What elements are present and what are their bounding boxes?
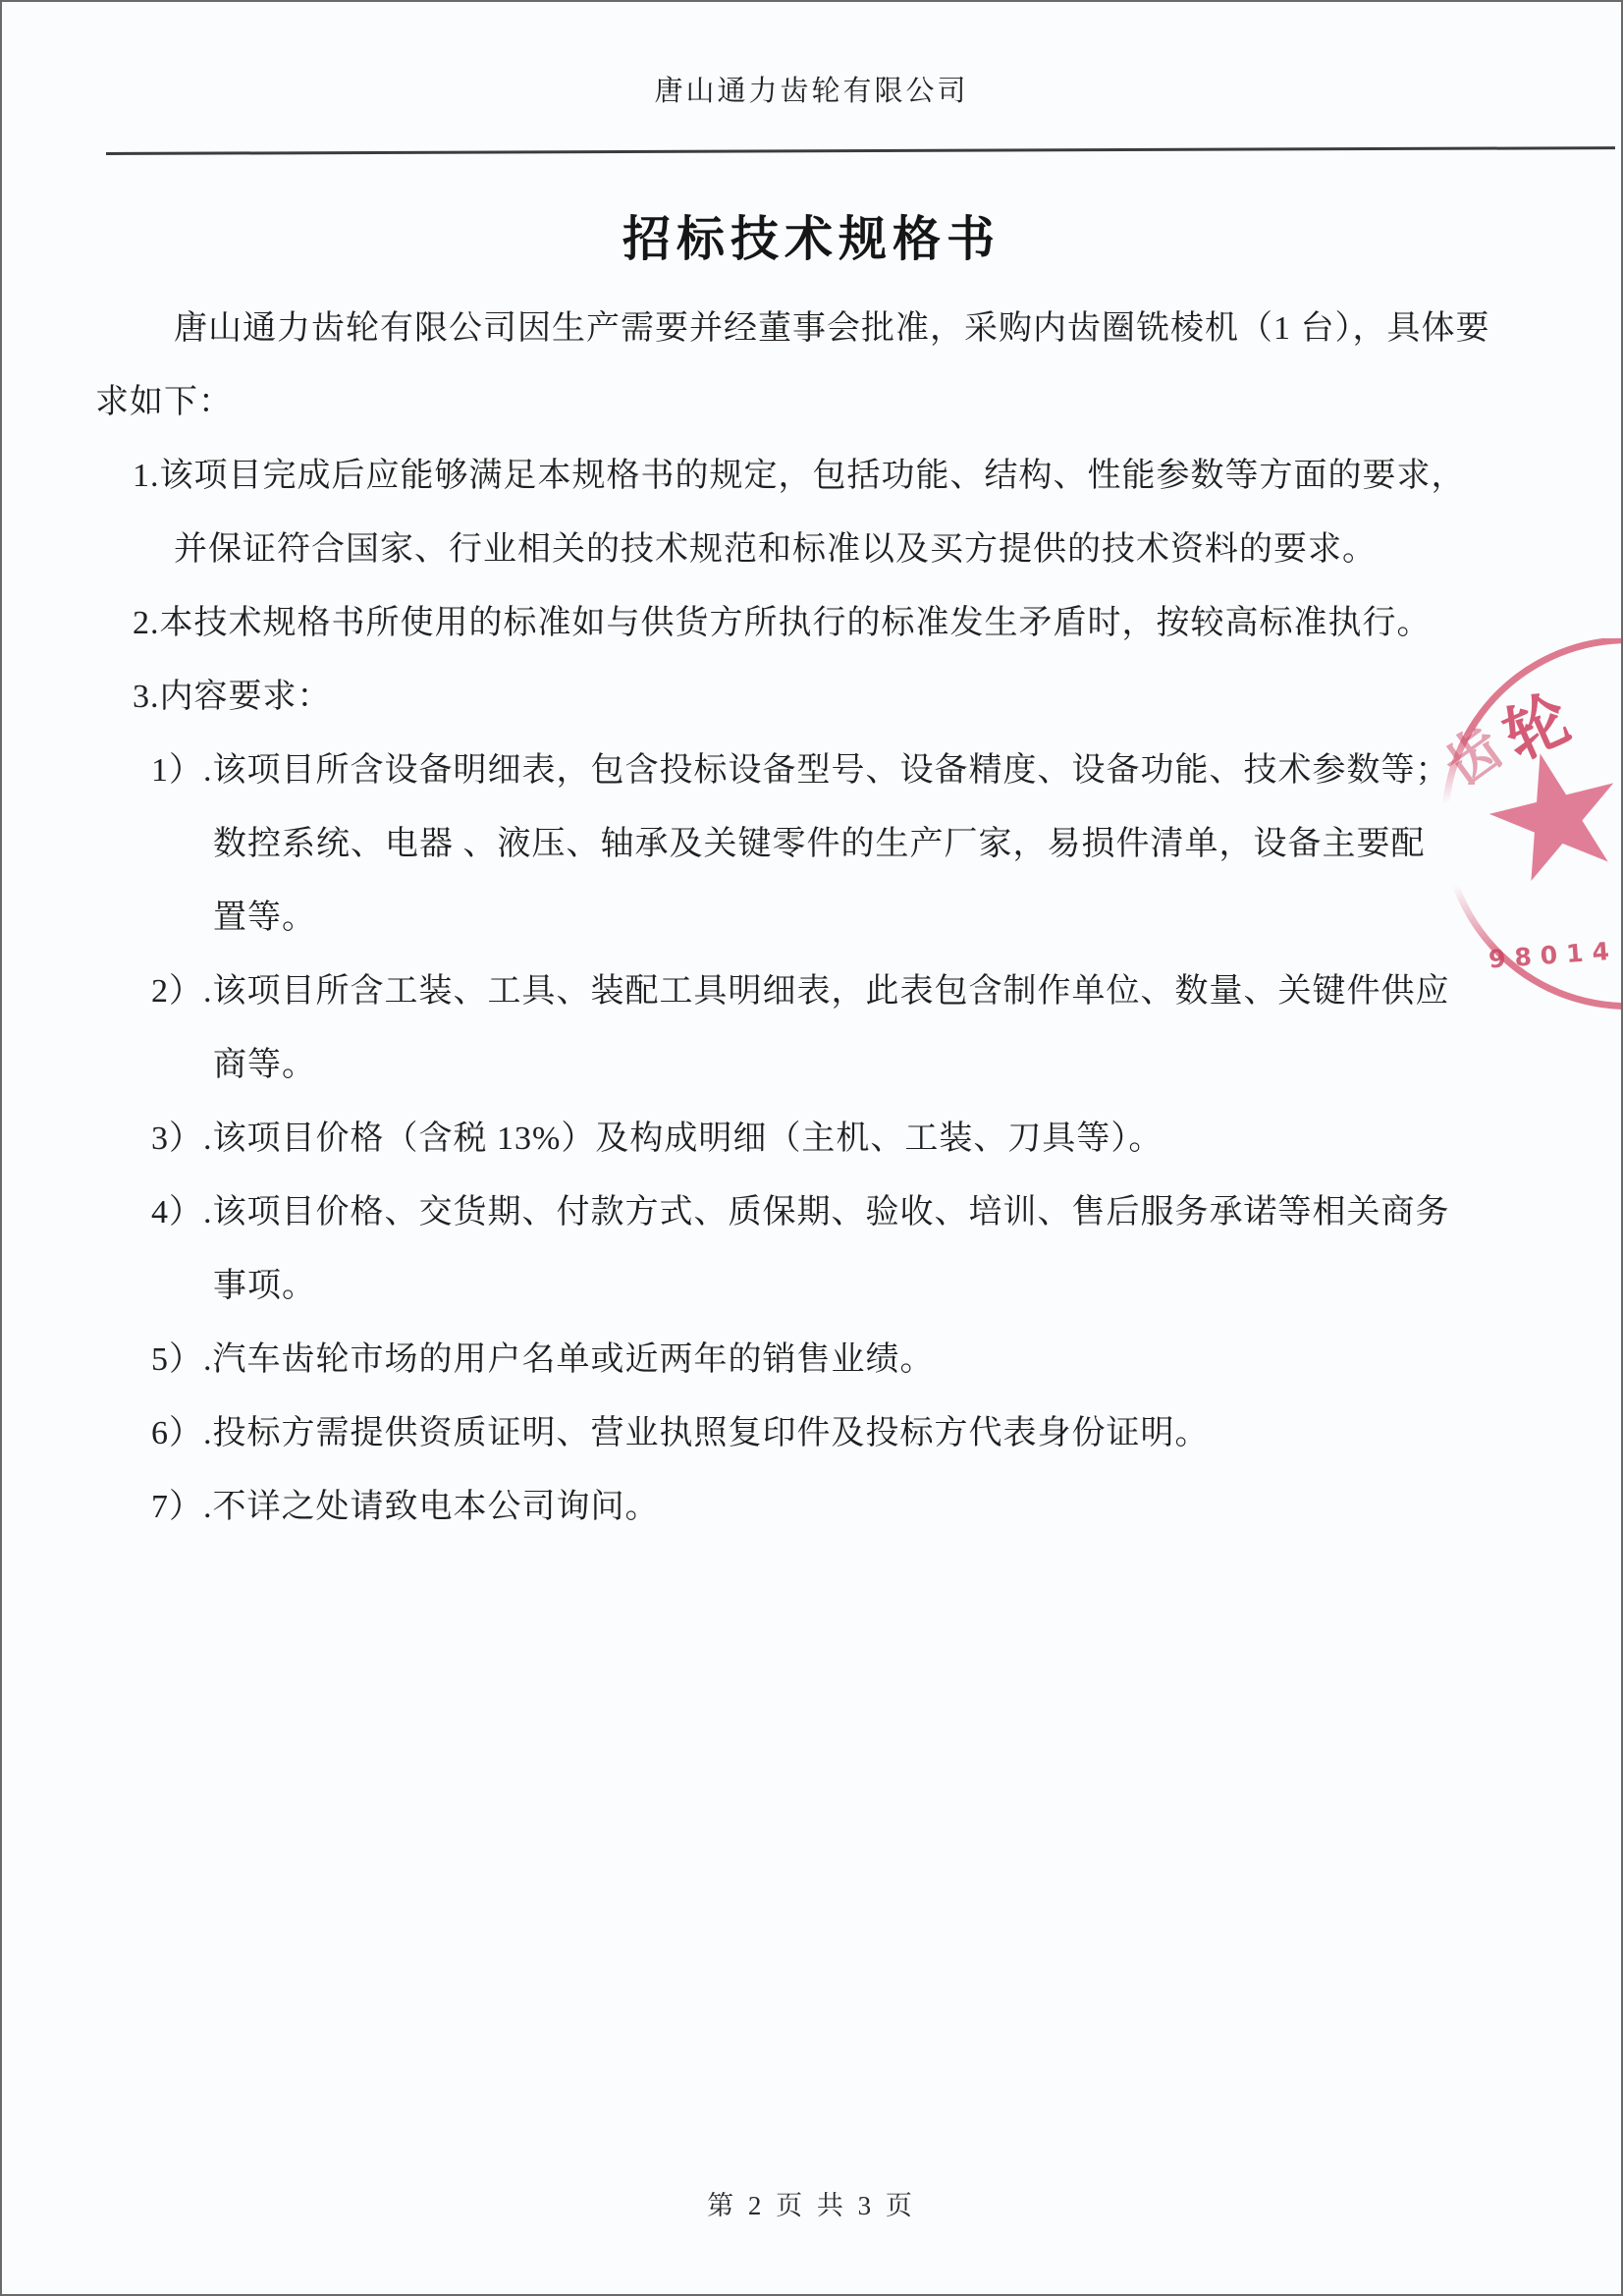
sub-item-1: 1）.该项目所含设备明细表，包含投标设备型号、设备精度、设备功能、技术参数等；	[95, 734, 1552, 807]
scanned-document-page: 唐山通力齿轮有限公司 招标技术规格书 唐山通力齿轮有限公司因生产需要并经董事会批…	[0, 0, 1623, 2296]
sub-item-5: 5）.汽车齿轮市场的用户名单或近两年的销售业绩。	[95, 1323, 1552, 1396]
paragraph-line: 唐山通力齿轮有限公司因生产需要并经董事会批准，采购内齿圈铣棱机（1 台），具体要	[95, 292, 1552, 365]
list-item-1: 1.该项目完成后应能够满足本规格书的规定，包括功能、结构、性能参数等方面的要求，	[95, 439, 1552, 513]
sub-item-4: 4）.该项目价格、交货期、付款方式、质保期、验收、培训、售后服务承诺等相关商务	[95, 1175, 1552, 1249]
page-number-footer: 第 2 页 共 3 页	[2, 2184, 1621, 2222]
company-header: 唐山通力齿轮有限公司	[2, 69, 1621, 109]
paragraph-line: 求如下：	[95, 365, 1552, 439]
sub-item-2: 2）.该项目所含工装、工具、装配工具明细表，此表包含制作单位、数量、关键件供应	[95, 955, 1552, 1028]
sub-item-3: 3）.该项目价格（含税 13%）及构成明细（主机、工装、刀具等）。	[95, 1102, 1552, 1175]
list-item-1-continuation: 并保证符合国家、行业相关的技术规范和标准以及买方提供的技术资料的要求。	[95, 513, 1552, 586]
sub-item-6: 6）.投标方需提供资质证明、营业执照复印件及投标方代表身份证明。	[95, 1396, 1552, 1470]
sub-item-4-continuation: 事项。	[95, 1249, 1552, 1323]
list-item-2: 2.本技术规格书所使用的标准如与供货方所执行的标准发生矛盾时，按较高标准执行。	[95, 586, 1552, 660]
list-item-3: 3.内容要求：	[95, 660, 1552, 734]
sub-item-1-continuation: 数控系统、电器 、液压、轴承及关键零件的生产厂家，易损件清单，设备主要配	[95, 807, 1552, 881]
sub-item-1-continuation: 置等。	[95, 881, 1552, 955]
document-title: 招标技术规格书	[2, 201, 1621, 270]
sub-item-7: 7）.不详之处请致电本公司询问。	[95, 1470, 1552, 1544]
document-body: 唐山通力齿轮有限公司因生产需要并经董事会批准，采购内齿圈铣棱机（1 台），具体要…	[95, 292, 1552, 1544]
sub-item-2-continuation: 商等。	[95, 1028, 1552, 1102]
header-divider-line	[106, 146, 1615, 155]
